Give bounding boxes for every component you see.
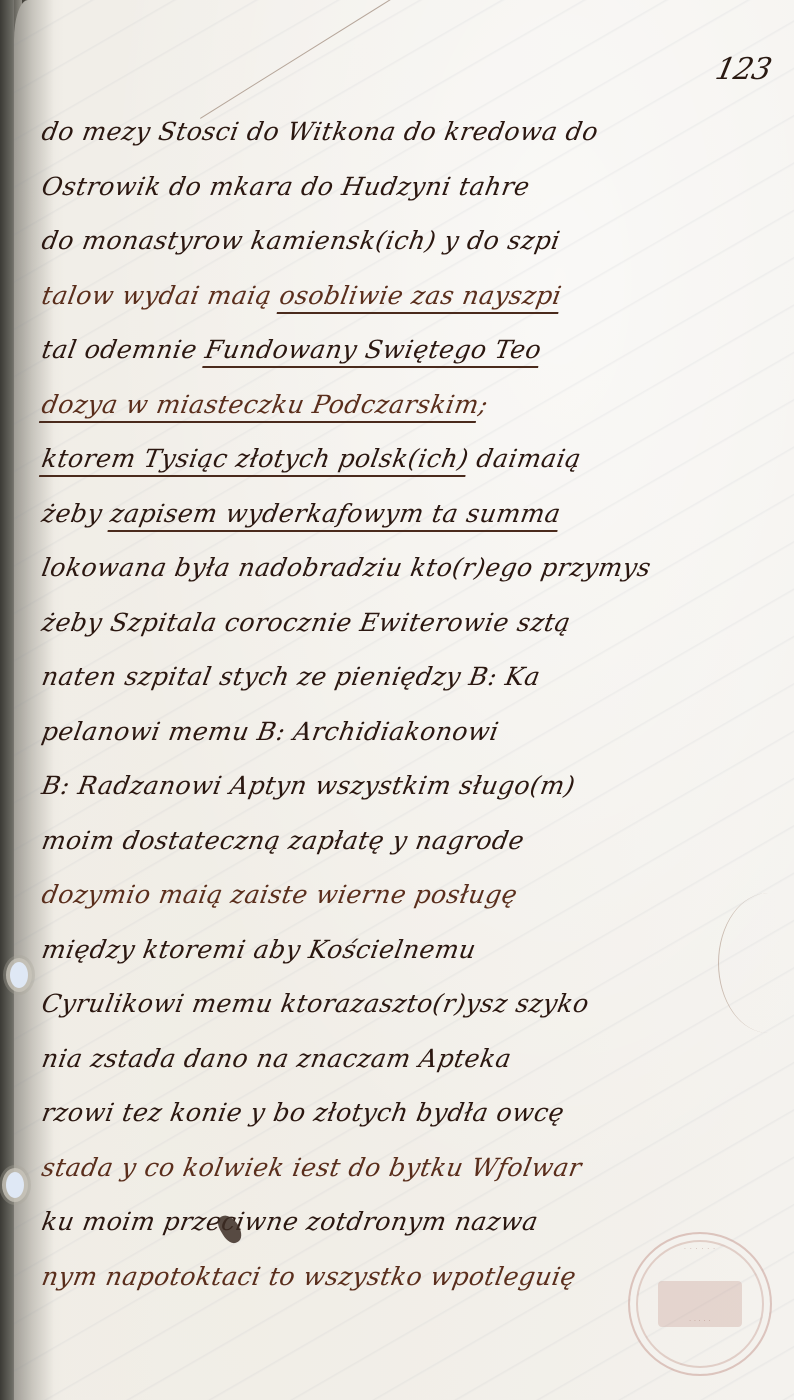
manuscript-text: do mezy Stosci do Witkona do kredowa do … — [36, 112, 676, 1311]
manuscript-line: żeby Szpitala corocznie Ewiterowie sztą — [36, 603, 686, 658]
manuscript-line: ku moim przeciwne zotdronym nazwa — [36, 1202, 686, 1257]
manuscript-line: lokowana była nadobradziu kto(r)ego przy… — [36, 548, 686, 603]
archive-stamp: · · · · · · · · · · · — [628, 1232, 772, 1376]
underlined-phrase: dozya w miasteczku Podczarskim — [40, 390, 482, 419]
stamp-emblem: · · · · · — [658, 1281, 742, 1327]
manuscript-line: żeby zapisem wyderkafowym ta summa — [36, 494, 686, 549]
manuscript-line: pelanowi memu B: Archidiakonowi — [36, 712, 686, 767]
manuscript-line: dozymio maią zaiste wierne posługę — [36, 875, 686, 930]
underlined-phrase: zapisem wyderkafowym ta summa — [108, 499, 563, 528]
manuscript-line: nia zstada dano na znaczam Apteka — [36, 1039, 686, 1094]
stamp-ring-text: · · · · · · — [630, 1246, 770, 1253]
folio-number: 123 — [712, 52, 774, 87]
binding-punch-hole — [10, 962, 28, 988]
manuscript-line: Ostrowik do mkara do Hudzyni tahre — [36, 167, 686, 222]
manuscript-line: do monastyrow kamiensk(ich) y do szpi — [36, 221, 686, 276]
stamp-center-text: · · · · · — [689, 1318, 711, 1325]
manuscript-line: talow wydai maią osobliwie zas nayszpi — [36, 276, 686, 331]
manuscript-line: dozya w miasteczku Podczarskim; — [36, 385, 686, 440]
manuscript-line: stada y co kolwiek iest do bytku Wfolwar — [36, 1148, 686, 1203]
manuscript-line: Cyrulikowi memu ktorazaszto(r)ysz szyko — [36, 984, 686, 1039]
manuscript-line: ktorem Tysiąc złotych polsk(ich) daimaią — [36, 439, 686, 494]
manuscript-line: nym napotoktaci to wszystko wpotleguię — [36, 1257, 686, 1312]
manuscript-line: między ktoremi aby Kościelnemu — [36, 930, 686, 985]
underlined-phrase: osobliwie zas nayszpi — [277, 281, 564, 310]
underlined-phrase: ktorem Tysiąc złotych polsk(ich) — [40, 444, 471, 473]
manuscript-line: B: Radzanowi Aptyn wszystkim sługo(m) — [36, 766, 686, 821]
manuscript-line: do mezy Stosci do Witkona do kredowa do — [36, 112, 686, 167]
manuscript-line: naten szpital stych ze pieniędzy B: Ka — [36, 657, 686, 712]
manuscript-line: rzowi tez konie y bo złotych bydła owcę — [36, 1093, 686, 1148]
manuscript-line: moim dostateczną zapłatę y nagrode — [36, 821, 686, 876]
underlined-phrase: Fundowany Swiętego Teo — [203, 335, 544, 364]
manuscript-line: tal odemnie Fundowany Swiętego Teo — [36, 330, 686, 385]
binding-punch-hole — [6, 1172, 24, 1198]
